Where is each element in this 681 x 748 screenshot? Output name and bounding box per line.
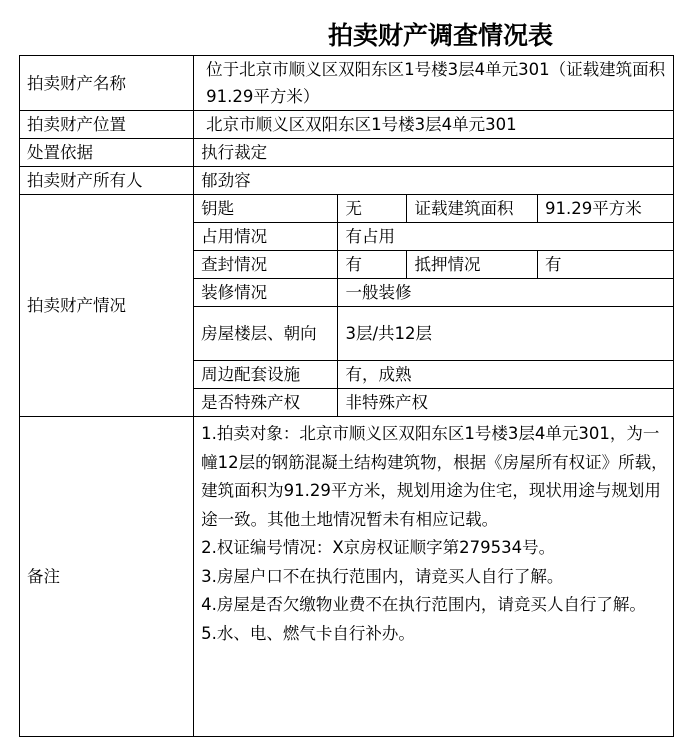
row-property-name: 拍卖财产名称 位于北京市顺义区双阳东区1号楼3层4单元301（证载建筑面积91.… xyxy=(20,56,674,111)
label-property-location: 拍卖财产位置 xyxy=(20,111,194,139)
label-floor-orientation: 房屋楼层、朝向 xyxy=(194,307,338,361)
label-registered-area: 证载建筑面积 xyxy=(407,195,538,223)
label-mortgage: 抵押情况 xyxy=(407,251,538,279)
remark-item: 3.房屋户口不在执行范围内，请竞买人自行了解。 xyxy=(201,563,673,592)
remark-item: 2.权证编号情况：X京房权证顺字第279534号。 xyxy=(201,534,673,563)
remark-item: 4.房屋是否欠缴物业费不在执行范围内，请竞买人自行了解。 xyxy=(201,591,673,620)
label-facilities: 周边配套设施 xyxy=(194,361,338,389)
value-special-ownership: 非特殊产权 xyxy=(338,389,674,417)
value-mortgage: 有 xyxy=(538,251,674,279)
row-property-location: 拍卖财产位置 北京市顺义区双阳东区1号楼3层4单元301 xyxy=(20,111,674,139)
label-keys: 钥匙 xyxy=(194,195,338,223)
label-property-condition: 拍卖财产情况 xyxy=(20,195,194,417)
value-property-location: 北京市顺义区双阳东区1号楼3层4单元301 xyxy=(194,111,674,139)
value-disposal-basis: 执行裁定 xyxy=(194,139,674,167)
row-property-owner: 拍卖财产所有人 郁劲容 xyxy=(20,167,674,195)
remark-item: 1.拍卖对象：北京市顺义区双阳东区1号楼3层4单元301，为一幢12层的钢筋混凝… xyxy=(201,420,673,534)
label-property-owner: 拍卖财产所有人 xyxy=(20,167,194,195)
auction-property-survey-table: 拍卖财产名称 位于北京市顺义区双阳东区1号楼3层4单元301（证载建筑面积91.… xyxy=(19,55,674,737)
label-decoration: 装修情况 xyxy=(194,279,338,307)
value-decoration: 一般装修 xyxy=(338,279,674,307)
document-title: 拍卖财产调查情况表 xyxy=(0,16,681,52)
value-property-name: 位于北京市顺义区双阳东区1号楼3层4单元301（证载建筑面积91.29平方米） xyxy=(194,56,674,111)
row-remarks: 备注 1.拍卖对象：北京市顺义区双阳东区1号楼3层4单元301，为一幢12层的钢… xyxy=(20,417,674,737)
label-property-name: 拍卖财产名称 xyxy=(20,56,194,111)
value-keys: 无 xyxy=(338,195,407,223)
label-special-ownership: 是否特殊产权 xyxy=(194,389,338,417)
remarks-content: 1.拍卖对象：北京市顺义区双阳东区1号楼3层4单元301，为一幢12层的钢筋混凝… xyxy=(194,417,674,737)
value-floor-orientation: 3层/共12层 xyxy=(338,307,674,361)
value-occupancy: 有占用 xyxy=(338,223,674,251)
label-occupancy: 占用情况 xyxy=(194,223,338,251)
label-remarks: 备注 xyxy=(20,417,194,737)
value-facilities: 有，成熟 xyxy=(338,361,674,389)
value-property-owner: 郁劲容 xyxy=(194,167,674,195)
remark-item: 5.水、电、燃气卡自行补办。 xyxy=(201,620,673,649)
row-disposal-basis: 处置依据 执行裁定 xyxy=(20,139,674,167)
value-registered-area: 91.29平方米 xyxy=(538,195,674,223)
row-keys-area: 拍卖财产情况 钥匙 无 证载建筑面积 91.29平方米 xyxy=(20,195,674,223)
value-seizure: 有 xyxy=(338,251,407,279)
label-seizure: 查封情况 xyxy=(194,251,338,279)
label-disposal-basis: 处置依据 xyxy=(20,139,194,167)
